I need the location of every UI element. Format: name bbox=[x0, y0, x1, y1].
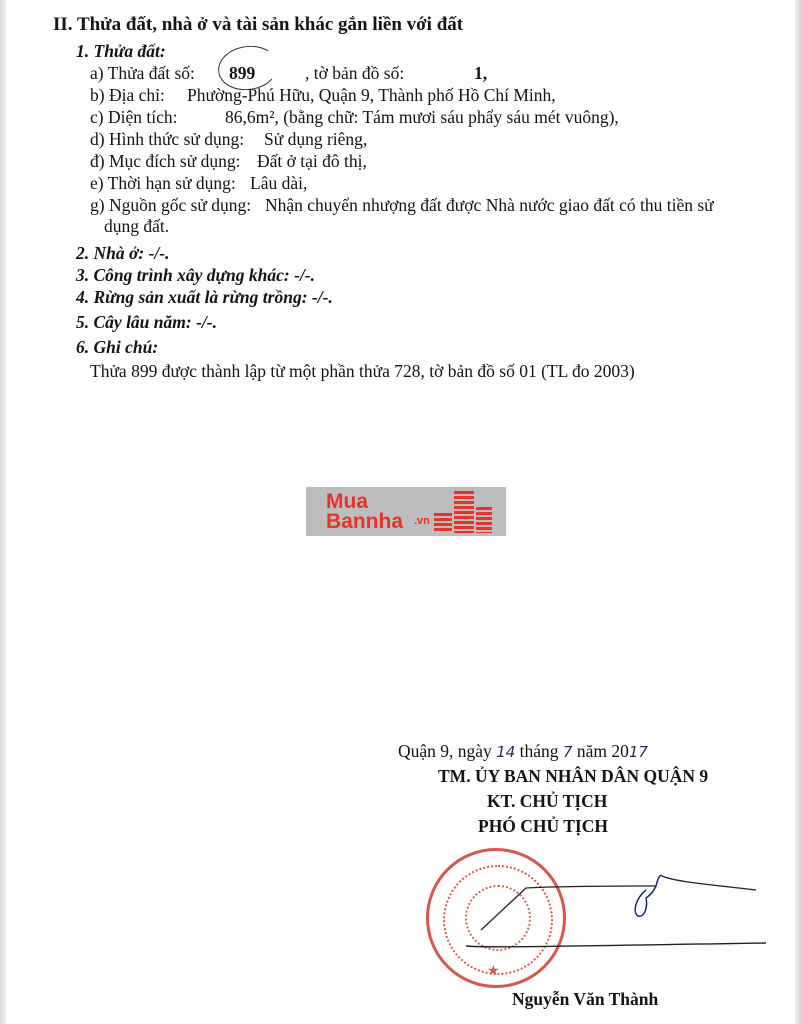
notes-heading: 6. Ghi chú: bbox=[76, 336, 158, 358]
signer-name: Nguyễn Văn Thành bbox=[512, 988, 658, 1010]
area-label: c) Diện tích: bbox=[90, 106, 177, 128]
org-line: TM. ỦY BAN NHÂN DÂN QUẬN 9 bbox=[438, 765, 708, 787]
parcel-label: a) Thửa đất số: bbox=[90, 62, 195, 84]
role-line1: KT. CHỦ TỊCH bbox=[487, 790, 607, 812]
origin-value-line2: dụng đất. bbox=[104, 215, 169, 237]
notes-text: Thửa 899 được thành lập từ một phần thửa… bbox=[90, 360, 635, 382]
watermark-suffix: .vn bbox=[414, 515, 430, 527]
address-label: b) Địa chỉ: bbox=[90, 84, 165, 106]
date-line: Quận 9, ngày 14 tháng 7 năm 2017 bbox=[398, 740, 648, 763]
purpose-label: đ) Mục đích sử dụng: bbox=[90, 150, 240, 172]
role-line2: PHÓ CHỦ TỊCH bbox=[478, 815, 608, 837]
building-icon bbox=[454, 491, 474, 533]
star-icon: ★ bbox=[487, 963, 500, 980]
purpose-value: Đất ở tại đô thị, bbox=[257, 150, 367, 172]
address-value: Phường-Phú Hữu, Quận 9, Thành phố Hồ Chí… bbox=[187, 84, 556, 106]
date-month-label: tháng bbox=[520, 741, 559, 761]
date-month: 7 bbox=[563, 743, 573, 761]
land-heading: 1. Thửa đất: bbox=[76, 40, 166, 62]
usage-form-value: Sử dụng riêng, bbox=[264, 128, 367, 150]
perennial-trees-item: 5. Cây lâu năm: -/-. bbox=[76, 311, 217, 333]
term-label: e) Thời hạn sử dụng: bbox=[90, 172, 236, 194]
production-forest-item: 4. Rừng sản xuất là rừng trồng: -/-. bbox=[76, 286, 333, 308]
building-icon bbox=[476, 507, 492, 533]
parcel-number: 899 bbox=[229, 62, 255, 84]
date-year-suffix: 17 bbox=[629, 743, 648, 761]
origin-value-line1: Nhận chuyển nhượng đất được Nhà nước gia… bbox=[265, 194, 714, 216]
map-sheet-label: , tờ bản đồ số: bbox=[305, 62, 404, 84]
building-icon bbox=[434, 513, 452, 533]
usage-form-label: d) Hình thức sử dụng: bbox=[90, 128, 244, 150]
scan-border-right bbox=[795, 0, 801, 1024]
certificate-page: II. Thửa đất, nhà ở và tài sản khác gắn … bbox=[6, 0, 795, 1024]
house-item: 2. Nhà ở: -/-. bbox=[76, 242, 169, 264]
other-construction-item: 3. Công trình xây dựng khác: -/-. bbox=[76, 264, 315, 286]
section-title: II. Thửa đất, nhà ở và tài sản khác gắn … bbox=[53, 14, 463, 36]
watermark-line1: Mua bbox=[326, 492, 368, 512]
term-value: Lâu dài, bbox=[250, 172, 307, 194]
date-day: 14 bbox=[496, 743, 515, 761]
date-prefix: Quận 9, ngày bbox=[398, 741, 492, 761]
muabannha-watermark: Mua Bannha .vn bbox=[306, 487, 506, 536]
map-sheet-number: 1, bbox=[474, 62, 487, 84]
watermark-line2: Bannha bbox=[326, 512, 403, 532]
date-year-label: năm 20 bbox=[577, 741, 629, 761]
area-value: 86,6m², (bằng chữ: Tám mươi sáu phẩy sáu… bbox=[225, 106, 619, 128]
handwritten-signature bbox=[446, 868, 776, 958]
origin-label: g) Nguồn gốc sử dụng: bbox=[90, 194, 251, 216]
